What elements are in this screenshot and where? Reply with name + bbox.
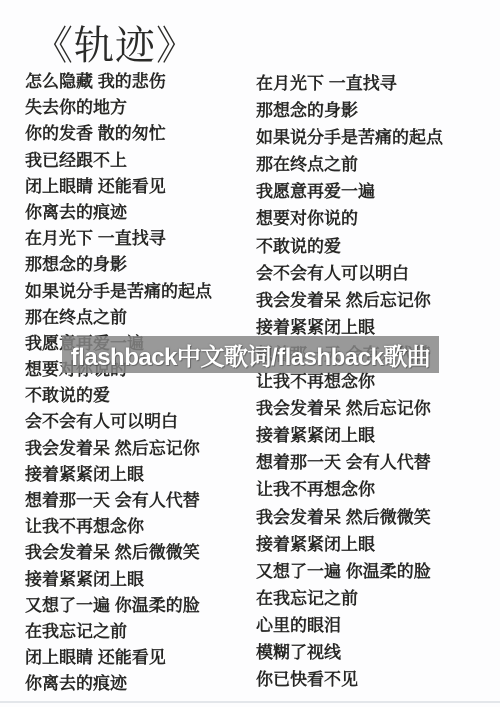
lyric-line: 接着紧紧闭上眼 <box>25 567 212 593</box>
lyric-line: 我会发着呆 然后微微笑 <box>25 540 212 566</box>
lyric-line: 闭上眼睛 还能看见 <box>25 645 212 671</box>
lyric-line: 我愿意再爱一遍 <box>256 178 443 205</box>
song-title: 《轨迹》 <box>33 14 197 71</box>
lyric-line: 想着那一天 会有人代替 <box>25 488 212 514</box>
lyric-line: 我会发着呆 然后忘记你 <box>25 436 212 462</box>
lyric-line: 那想念的身影 <box>25 252 212 278</box>
watermark-banner: flashback中文歌词/flashback歌曲 <box>62 336 439 373</box>
lyric-line: 那在终点之前 <box>256 151 443 178</box>
lyric-line: 在我忘记之前 <box>256 585 443 612</box>
lyric-line: 想着那一天 会有人代替 <box>256 449 443 476</box>
lyric-line: 如果说分手是苦痛的起点 <box>256 124 443 151</box>
lyric-line: 想要对你说的 <box>256 205 443 232</box>
lyric-line: 闭上眼睛 还能看见 <box>25 174 212 200</box>
lyric-line: 那想念的身影 <box>256 97 443 124</box>
lyric-line: 我会发着呆 然后忘记你 <box>256 395 443 422</box>
lyric-line: 接着紧紧闭上眼 <box>256 422 443 449</box>
lyric-line: 让我不再想念你 <box>256 476 443 503</box>
lyric-line: 让我不再想念你 <box>25 514 212 540</box>
lyric-line: 在我忘记之前 <box>25 619 212 645</box>
lyric-line: 又想了一遍 你温柔的脸 <box>25 593 212 619</box>
lyric-line: 你已快看不见 <box>256 666 443 693</box>
lyric-line: 不敢说的爱 <box>25 383 212 409</box>
lyric-line: 会不会有人可以明白 <box>25 409 212 435</box>
lyric-line: 你离去的痕迹 <box>25 671 212 697</box>
lyric-line: 又想了一遍 你温柔的脸 <box>256 558 443 585</box>
lyric-line: 心里的眼泪 <box>256 612 443 639</box>
lyric-line: 不敢说的爱 <box>256 233 443 260</box>
lyric-line: 在月光下 一直找寻 <box>25 226 212 252</box>
lyric-line: 接着紧紧闭上眼 <box>25 462 212 488</box>
lyrics-column-right: 在月光下 一直找寻那想念的身影如果说分手是苦痛的起点那在终点之前我愿意再爱一遍想… <box>256 70 443 693</box>
lyric-line: 你的发香 散的匆忙 <box>25 121 212 147</box>
lyric-line: 失去你的地方 <box>25 95 212 121</box>
lyric-line: 我会发着呆 然后微微笑 <box>256 504 443 531</box>
lyrics-page: 《轨迹》 怎么隐藏 我的悲伤失去你的地方你的发香 散的匆忙我已经跟不上闭上眼睛 … <box>0 0 500 707</box>
lyric-line: 我已经跟不上 <box>25 148 212 174</box>
lyrics-column-left: 怎么隐藏 我的悲伤失去你的地方你的发香 散的匆忙我已经跟不上闭上眼睛 还能看见你… <box>25 69 212 698</box>
lyric-line: 那在终点之前 <box>25 305 212 331</box>
lyric-line: 在月光下 一直找寻 <box>256 70 443 97</box>
lyric-line: 接着紧紧闭上眼 <box>256 531 443 558</box>
bottom-divider <box>0 701 500 703</box>
lyric-line: 你离去的痕迹 <box>25 200 212 226</box>
lyric-line: 如果说分手是苦痛的起点 <box>25 279 212 305</box>
lyric-line: 会不会有人可以明白 <box>256 260 443 287</box>
lyric-line: 怎么隐藏 我的悲伤 <box>25 69 212 95</box>
lyric-line: 模糊了视线 <box>256 639 443 666</box>
lyric-line: 我会发着呆 然后忘记你 <box>256 287 443 314</box>
watermark-text: flashback中文歌词/flashback歌曲 <box>71 337 431 372</box>
